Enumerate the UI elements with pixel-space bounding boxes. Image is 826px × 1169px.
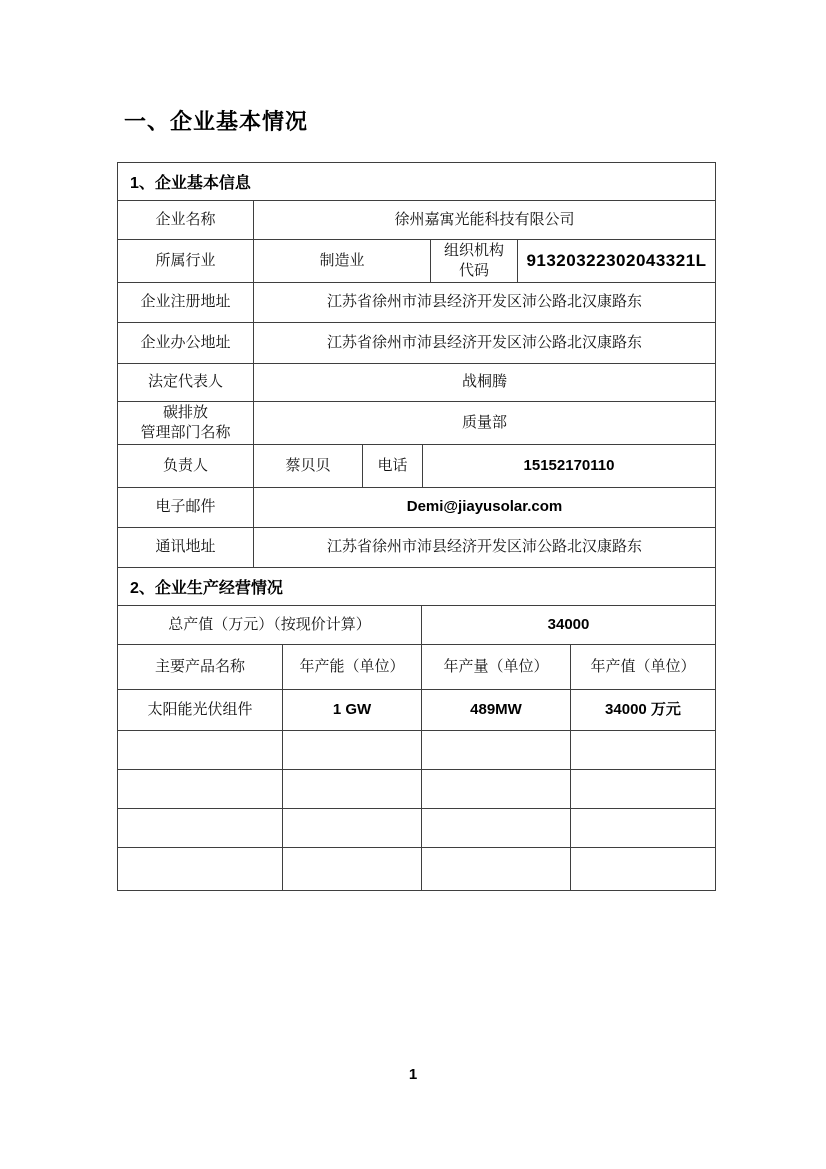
product-capacity [283,731,422,769]
product-row-empty [118,809,715,848]
product-row: 太阳能光伏组件 1 GW 489MW 34000 万元 [118,690,715,731]
product-yield [422,770,571,808]
industry-label: 所属行业 [118,240,254,282]
total-output-label: 总产值（万元）（按现价计算） [118,606,422,644]
org-code-label-line1: 组织机构 [444,241,504,261]
row-email: 电子邮件 Demi@jiayusolar.com [118,488,715,528]
row-carbon-department: 碳排放 管理部门名称 质量部 [118,402,715,445]
registered-address-value: 江苏省徐州市沛县经济开发区沛公路北汉康路东 [254,283,715,322]
manager-value: 蔡贝贝 [254,445,363,487]
company-name-label: 企业名称 [118,201,254,239]
row-company-name: 企业名称 徐州嘉寓光能科技有限公司 [118,201,715,240]
product-value [571,809,715,847]
section-1-header: 1、企业基本信息 [118,163,715,201]
office-address-label: 企业办公地址 [118,323,254,363]
product-value [571,848,715,890]
mailing-address-value: 江苏省徐州市沛县经济开发区沛公路北汉康路东 [254,528,715,567]
product-value [571,770,715,808]
carbon-department-label: 碳排放 管理部门名称 [118,402,254,444]
row-mailing-address: 通讯地址 江苏省徐州市沛县经济开发区沛公路北汉康路东 [118,528,715,568]
product-value [571,731,715,769]
page-number: 1 [0,1066,826,1083]
phone-value: 15152170110 [423,445,715,487]
email-value: Demi@jiayusolar.com [254,488,715,527]
product-header-capacity: 年产能（单位） [283,645,422,689]
row-legal-representative: 法定代表人 战桐腾 [118,364,715,402]
product-capacity [283,848,422,890]
org-code-label-line2: 代码 [459,261,489,281]
product-yield [422,848,571,890]
product-name [118,809,283,847]
product-header-yield: 年产量（单位） [422,645,571,689]
office-address-value: 江苏省徐州市沛县经济开发区沛公路北汉康路东 [254,323,715,363]
email-label: 电子邮件 [118,488,254,527]
product-row-empty [118,848,715,890]
product-capacity [283,809,422,847]
product-name: 太阳能光伏组件 [118,690,283,730]
product-yield [422,809,571,847]
product-table-header-row: 主要产品名称 年产能（单位） 年产量（单位） 年产值（单位） [118,645,715,690]
carbon-department-value: 质量部 [254,402,715,444]
page-title: 一、企业基本情况 [124,105,308,136]
product-name [118,848,283,890]
total-output-value: 34000 [422,606,715,644]
row-manager-phone: 负责人 蔡贝贝 电话 15152170110 [118,445,715,488]
product-row-empty [118,770,715,809]
product-capacity [283,770,422,808]
carbon-department-label-line1: 碳排放 [163,403,208,423]
phone-label: 电话 [363,445,423,487]
carbon-department-label-line2: 管理部门名称 [140,423,230,443]
product-value: 34000 万元 [571,690,715,730]
industry-value: 制造业 [254,240,431,282]
section-2-header: 2、企业生产经营情况 [118,568,715,606]
product-yield [422,731,571,769]
org-code-value: 91320322302043321L [518,240,715,282]
product-yield: 489MW [422,690,571,730]
manager-label: 负责人 [118,445,254,487]
product-name [118,731,283,769]
product-row-empty [118,731,715,770]
product-name [118,770,283,808]
row-office-address: 企业办公地址 江苏省徐州市沛县经济开发区沛公路北汉康路东 [118,323,715,364]
product-capacity: 1 GW [283,690,422,730]
org-code-label: 组织机构 代码 [431,240,518,282]
mailing-address-label: 通讯地址 [118,528,254,567]
document-page: 一、企业基本情况 1、企业基本信息 企业名称 徐州嘉寓光能科技有限公司 所属行业… [0,0,826,1169]
legal-representative-value: 战桐腾 [254,364,715,401]
product-header-value: 年产值（单位） [571,645,715,689]
enterprise-info-table: 1、企业基本信息 企业名称 徐州嘉寓光能科技有限公司 所属行业 制造业 组织机构… [117,162,716,891]
row-registered-address: 企业注册地址 江苏省徐州市沛县经济开发区沛公路北汉康路东 [118,283,715,323]
row-industry-orgcode: 所属行业 制造业 组织机构 代码 91320322302043321L [118,240,715,283]
legal-representative-label: 法定代表人 [118,364,254,401]
registered-address-label: 企业注册地址 [118,283,254,322]
company-name-value: 徐州嘉寓光能科技有限公司 [254,201,715,239]
product-header-name: 主要产品名称 [118,645,283,689]
row-total-output: 总产值（万元）（按现价计算） 34000 [118,606,715,645]
